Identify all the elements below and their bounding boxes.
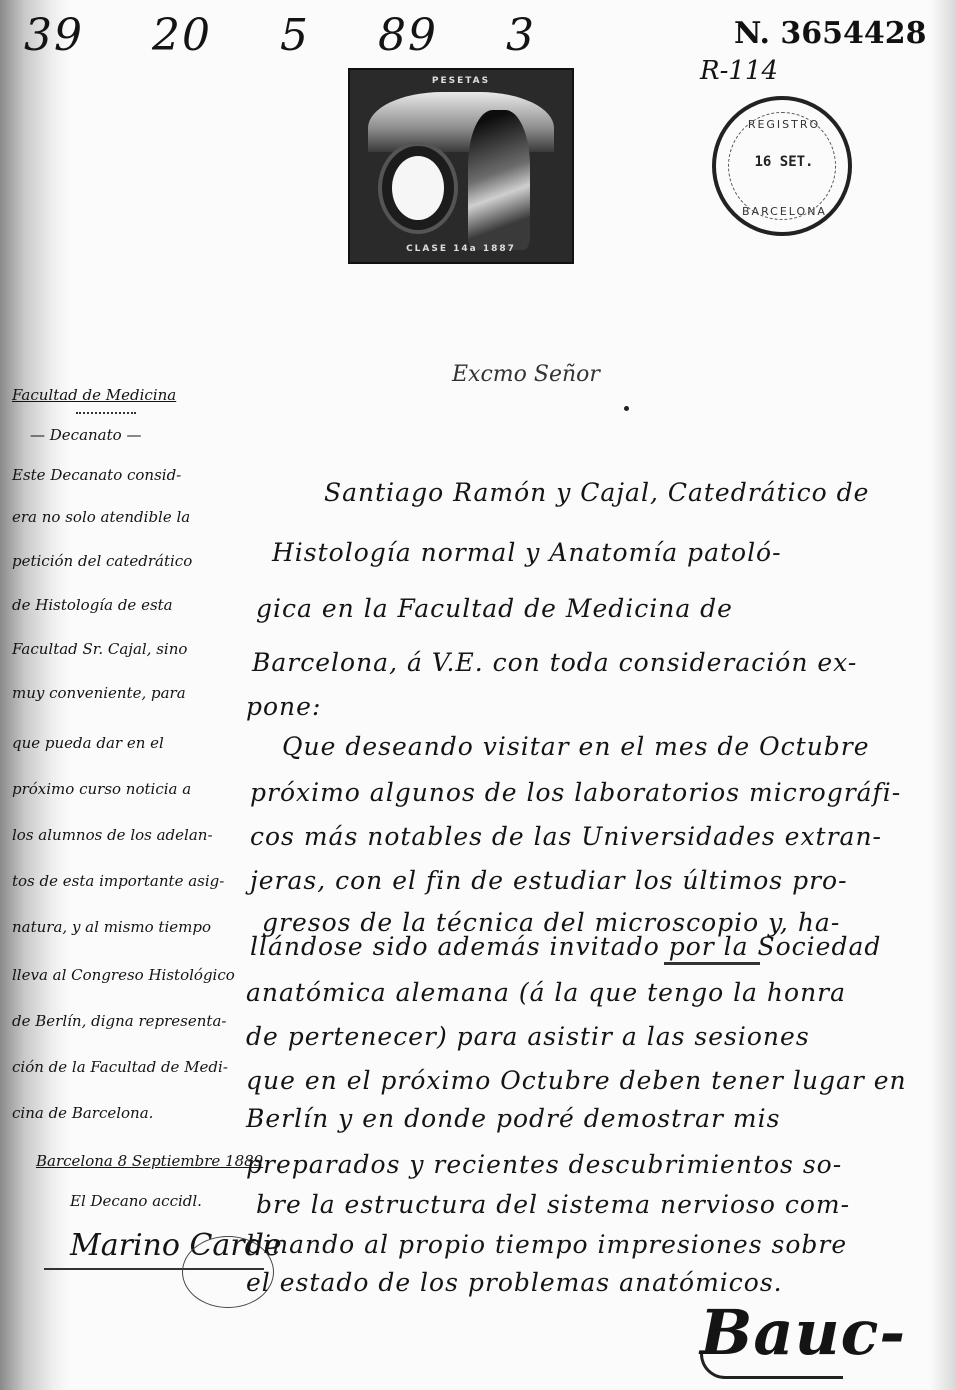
margin-line: lleva al Congreso Histológico: [12, 966, 235, 984]
postmark-seal: REGISTRO 16 SET. BARCELONA: [712, 96, 852, 236]
body-line: Santiago Ramón y Cajal, Catedrático de: [324, 478, 869, 507]
margin-line: Este Decanato consid-: [12, 466, 181, 484]
top-number: 3: [506, 10, 536, 61]
margin-line: era no solo atendible la: [12, 508, 190, 526]
margin-date-line: Barcelona 8 Septiembre 1889: [36, 1152, 263, 1170]
body-line: cos más notables de las Universidades ex…: [250, 822, 882, 851]
margin-line: natura, y al mismo tiempo: [12, 918, 211, 936]
underline-invitado: [664, 962, 760, 965]
margin-line: cina de Barcelona.: [12, 1104, 153, 1122]
document-number: N. 3654428: [734, 16, 927, 51]
body-line: que en el próximo Octubre deben tener lu…: [246, 1066, 907, 1095]
top-number: 89: [378, 10, 438, 61]
body-line: binando al propio tiempo impresiones sob…: [246, 1230, 847, 1259]
top-number: 5: [280, 10, 310, 61]
body-line: de pertenecer) para asistir a las sesion…: [246, 1022, 810, 1051]
body-line: preparados y recientes descubrimientos s…: [246, 1150, 842, 1179]
margin-line: Facultad Sr. Cajal, sino: [12, 640, 187, 658]
margin-divider: [76, 412, 136, 414]
top-number: 20: [152, 10, 212, 61]
body-line: Barcelona, á V.E. con toda consideración…: [252, 648, 857, 677]
body-line: Histología normal y Anatomía patoló-: [272, 538, 782, 567]
postmark-ring-top: REGISTRO: [742, 118, 826, 131]
body-line: gica en la Facultad de Medicina de: [256, 594, 733, 623]
page-edge-shadow-right: [930, 0, 956, 1390]
salutation-dot: [624, 406, 629, 411]
body-line: Que deseando visitar en el mes de Octubr…: [282, 732, 870, 761]
margin-line: tos de esta importante asig-: [12, 872, 224, 890]
registry-mark: R-114: [700, 56, 778, 86]
revenue-stamp: PESETAS CLASE 14a 1887: [348, 68, 574, 264]
body-line: el estado de los problemas anatómicos.: [246, 1268, 783, 1297]
stamp-bottom-text: CLASE 14a 1887: [380, 244, 542, 258]
margin-heading: Facultad de Medicina: [12, 386, 176, 404]
postmark-date: 16 SET.: [744, 154, 824, 170]
body-line: bre la estructura del sistema nervioso c…: [256, 1190, 850, 1219]
margin-line: de Histología de esta: [12, 596, 173, 614]
margin-line: muy conveniente, para: [12, 684, 186, 702]
body-line: próximo algunos de los laboratorios micr…: [250, 778, 901, 807]
body-line: llándose sido además invitado por la Soc…: [250, 932, 881, 961]
margin-line: que pueda dar en el: [12, 734, 164, 752]
salutation: Excmo Señor: [452, 362, 600, 387]
postmark-ring-bottom: BARCELONA: [742, 205, 826, 218]
body-line: Berlín y en donde podré demostrar mis: [246, 1104, 780, 1133]
margin-line: de Berlín, digna representa-: [12, 1012, 226, 1030]
margin-subheading: — Decanato —: [30, 426, 141, 444]
top-date-numbers: 39 20 5 89 3: [24, 10, 588, 61]
stamp-allegorical-figure: [468, 110, 530, 250]
margin-line: los alumnos de los adelan-: [12, 826, 213, 844]
body-line: anatómica alemana (á la que tengo la hon…: [246, 978, 846, 1007]
body-line: pone:: [246, 692, 321, 721]
stamp-oval-cartouche: [392, 156, 444, 220]
body-line: jeras, con el fin de estudiar los último…: [250, 866, 848, 895]
margin-dean-title: El Decano accidl.: [70, 1192, 202, 1210]
top-number: 39: [24, 10, 84, 61]
stamp-top-text: PESETAS: [380, 76, 542, 90]
margin-line: próximo curso noticia a: [12, 780, 191, 798]
margin-line: ción de la Facultad de Medi-: [12, 1058, 228, 1076]
margin-line: petición del catedrático: [12, 552, 192, 570]
signature-flourish: [700, 1354, 843, 1379]
